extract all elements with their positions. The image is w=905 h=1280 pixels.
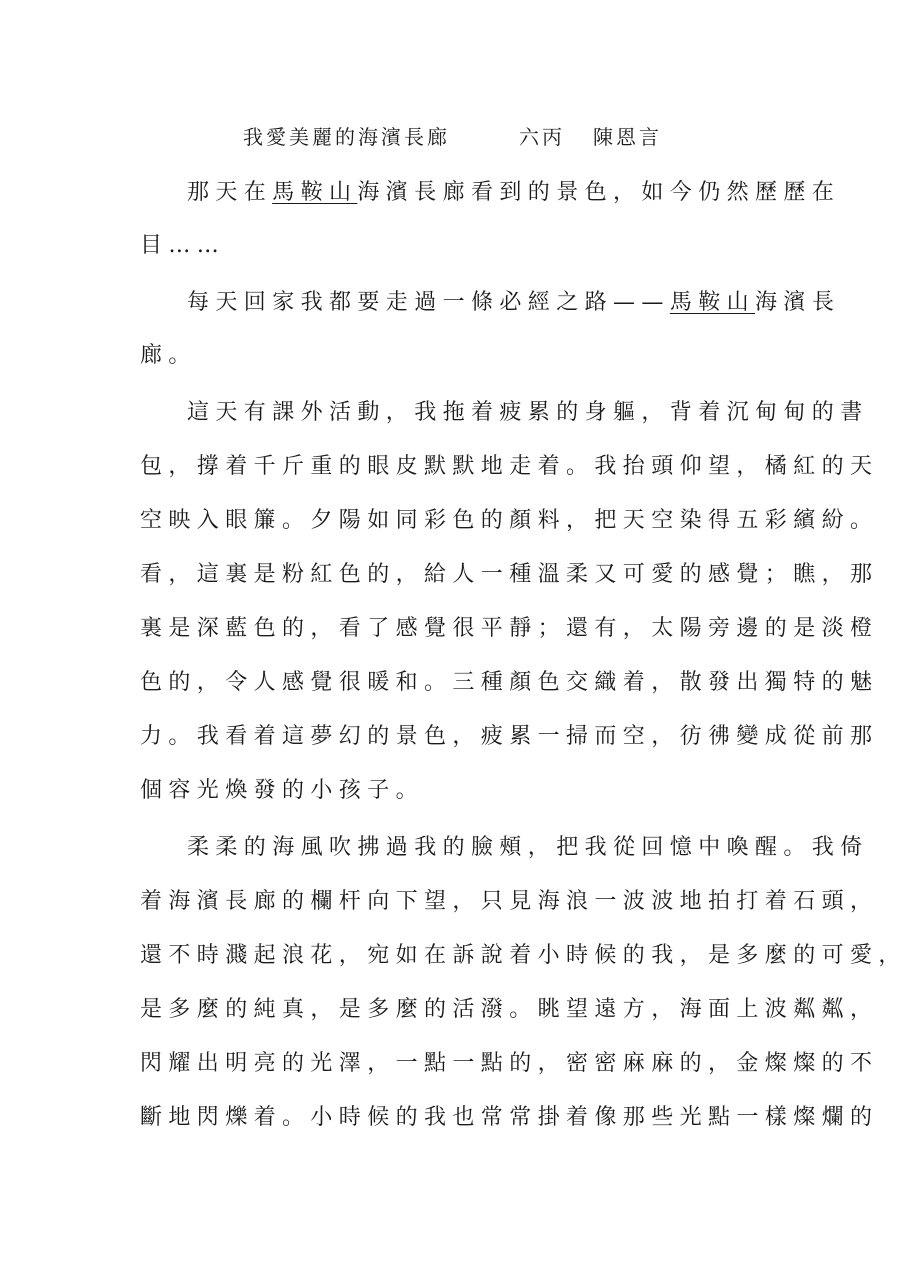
- text-segment: 海濱長廊看到的景色，如今仍然歷歷在: [357, 180, 840, 205]
- text-segment: 空映入眼簾。夕陽如同彩色的顏料，把天空染得五彩繽紛。: [140, 508, 878, 533]
- paragraph-4-line-6: 斷地閃爍着。小時候的我也常常掛着像那些光點一樣燦爛的: [140, 1101, 780, 1135]
- paragraph-3-line-1: 這天有課外活動，我拖着疲累的身軀，背着沉甸甸的書: [187, 396, 827, 430]
- text-segment: 力。我看着這夢幻的景色，疲累一掃而空，彷彿變成從前那: [140, 724, 878, 749]
- paragraph-4-line-1: 柔柔的海風吹拂過我的臉頰，把我從回憶中喚醒。我倚: [187, 831, 827, 865]
- essay-header: 我愛美麗的海濱長廊六丙陳恩言: [243, 122, 662, 152]
- paragraph-4-line-2: 着海濱長廊的欄杆向下望，只見海浪一波波地拍打着石頭，: [140, 885, 780, 919]
- paragraph-2-line-1: 每天回家我都要走過一條必經之路——馬鞍山海濱長: [187, 286, 827, 320]
- text-segment: 那天在: [187, 180, 272, 205]
- text-segment: 還不時濺起浪花，宛如在訴說着小時候的我，是多麼的可愛，: [140, 943, 905, 968]
- student-class: 六丙: [519, 122, 565, 152]
- place-name-underlined: 馬鞍山: [670, 290, 755, 315]
- text-segment: 廊。: [140, 343, 197, 368]
- text-segment: 每天回家我都要走過一條必經之路——: [187, 290, 670, 315]
- text-segment: 目……: [140, 233, 225, 258]
- paragraph-4-line-5: 閃耀出明亮的光澤，一點一點的，密密麻麻的，金燦燦的不: [140, 1047, 780, 1081]
- text-segment: 包，撐着千斤重的眼皮默默地走着。我抬頭仰望，橘紅的天: [140, 454, 878, 479]
- paragraph-1-line-1: 那天在馬鞍山海濱長廊看到的景色，如今仍然歷歷在: [187, 176, 827, 210]
- text-segment: 柔柔的海風吹拂過我的臉頰，把我從回憶中喚醒。我倚: [187, 835, 869, 860]
- essay-title: 我愛美麗的海濱長廊: [243, 122, 473, 152]
- paragraph-1-line-2: 目……: [140, 229, 780, 263]
- text-segment: 是多麼的純真，是多麼的活潑。眺望遠方，海面上波粼粼，: [140, 997, 878, 1022]
- text-segment: 斷地閃爍着。小時候的我也常常掛着像那些光點一樣燦爛的: [140, 1105, 878, 1130]
- text-segment: 色的，令人感覺很暖和。三種顏色交織着，散發出獨特的魅: [140, 670, 878, 695]
- paragraph-2-line-2: 廊。: [140, 339, 780, 373]
- paragraph-4-line-4: 是多麼的純真，是多麼的活潑。眺望遠方，海面上波粼粼，: [140, 993, 780, 1027]
- paragraph-3-line-2: 包，撐着千斤重的眼皮默默地走着。我抬頭仰望，橘紅的天: [140, 450, 780, 484]
- paragraph-3-line-5: 裏是深藍色的，看了感覺很平靜；還有，太陽旁邊的是淡橙: [140, 612, 780, 646]
- paragraph-3-line-6: 色的，令人感覺很暖和。三種顏色交織着，散發出獨特的魅: [140, 666, 780, 700]
- text-segment: 裏是深藍色的，看了感覺很平靜；還有，太陽旁邊的是淡橙: [140, 616, 878, 641]
- paragraph-4-line-3: 還不時濺起浪花，宛如在訴說着小時候的我，是多麼的可愛，: [140, 939, 780, 973]
- paragraph-3-line-7: 力。我看着這夢幻的景色，疲累一掃而空，彷彿變成從前那: [140, 720, 780, 754]
- text-segment: 海濱長: [755, 290, 840, 315]
- place-name-underlined: 馬鞍山: [272, 180, 357, 205]
- document-page: 我愛美麗的海濱長廊六丙陳恩言 那天在馬鞍山海濱長廊看到的景色，如今仍然歷歷在 目…: [0, 0, 905, 1280]
- text-segment: 着海濱長廊的欄杆向下望，只見海浪一波波地拍打着石頭，: [140, 889, 878, 914]
- text-segment: 這天有課外活動，我拖着疲累的身軀，背着沉甸甸的書: [187, 400, 869, 425]
- student-name: 陳恩言: [593, 122, 662, 152]
- text-segment: 看，這裏是粉紅色的，給人一種溫柔又可愛的感覺；瞧，那: [140, 562, 878, 587]
- paragraph-3-line-4: 看，這裏是粉紅色的，給人一種溫柔又可愛的感覺；瞧，那: [140, 558, 780, 592]
- text-segment: 個容光煥發的小孩子。: [140, 778, 424, 803]
- paragraph-3-line-3: 空映入眼簾。夕陽如同彩色的顏料，把天空染得五彩繽紛。: [140, 504, 780, 538]
- text-segment: 閃耀出明亮的光澤，一點一點的，密密麻麻的，金燦燦的不: [140, 1051, 878, 1076]
- paragraph-3-line-8: 個容光煥發的小孩子。: [140, 774, 780, 808]
